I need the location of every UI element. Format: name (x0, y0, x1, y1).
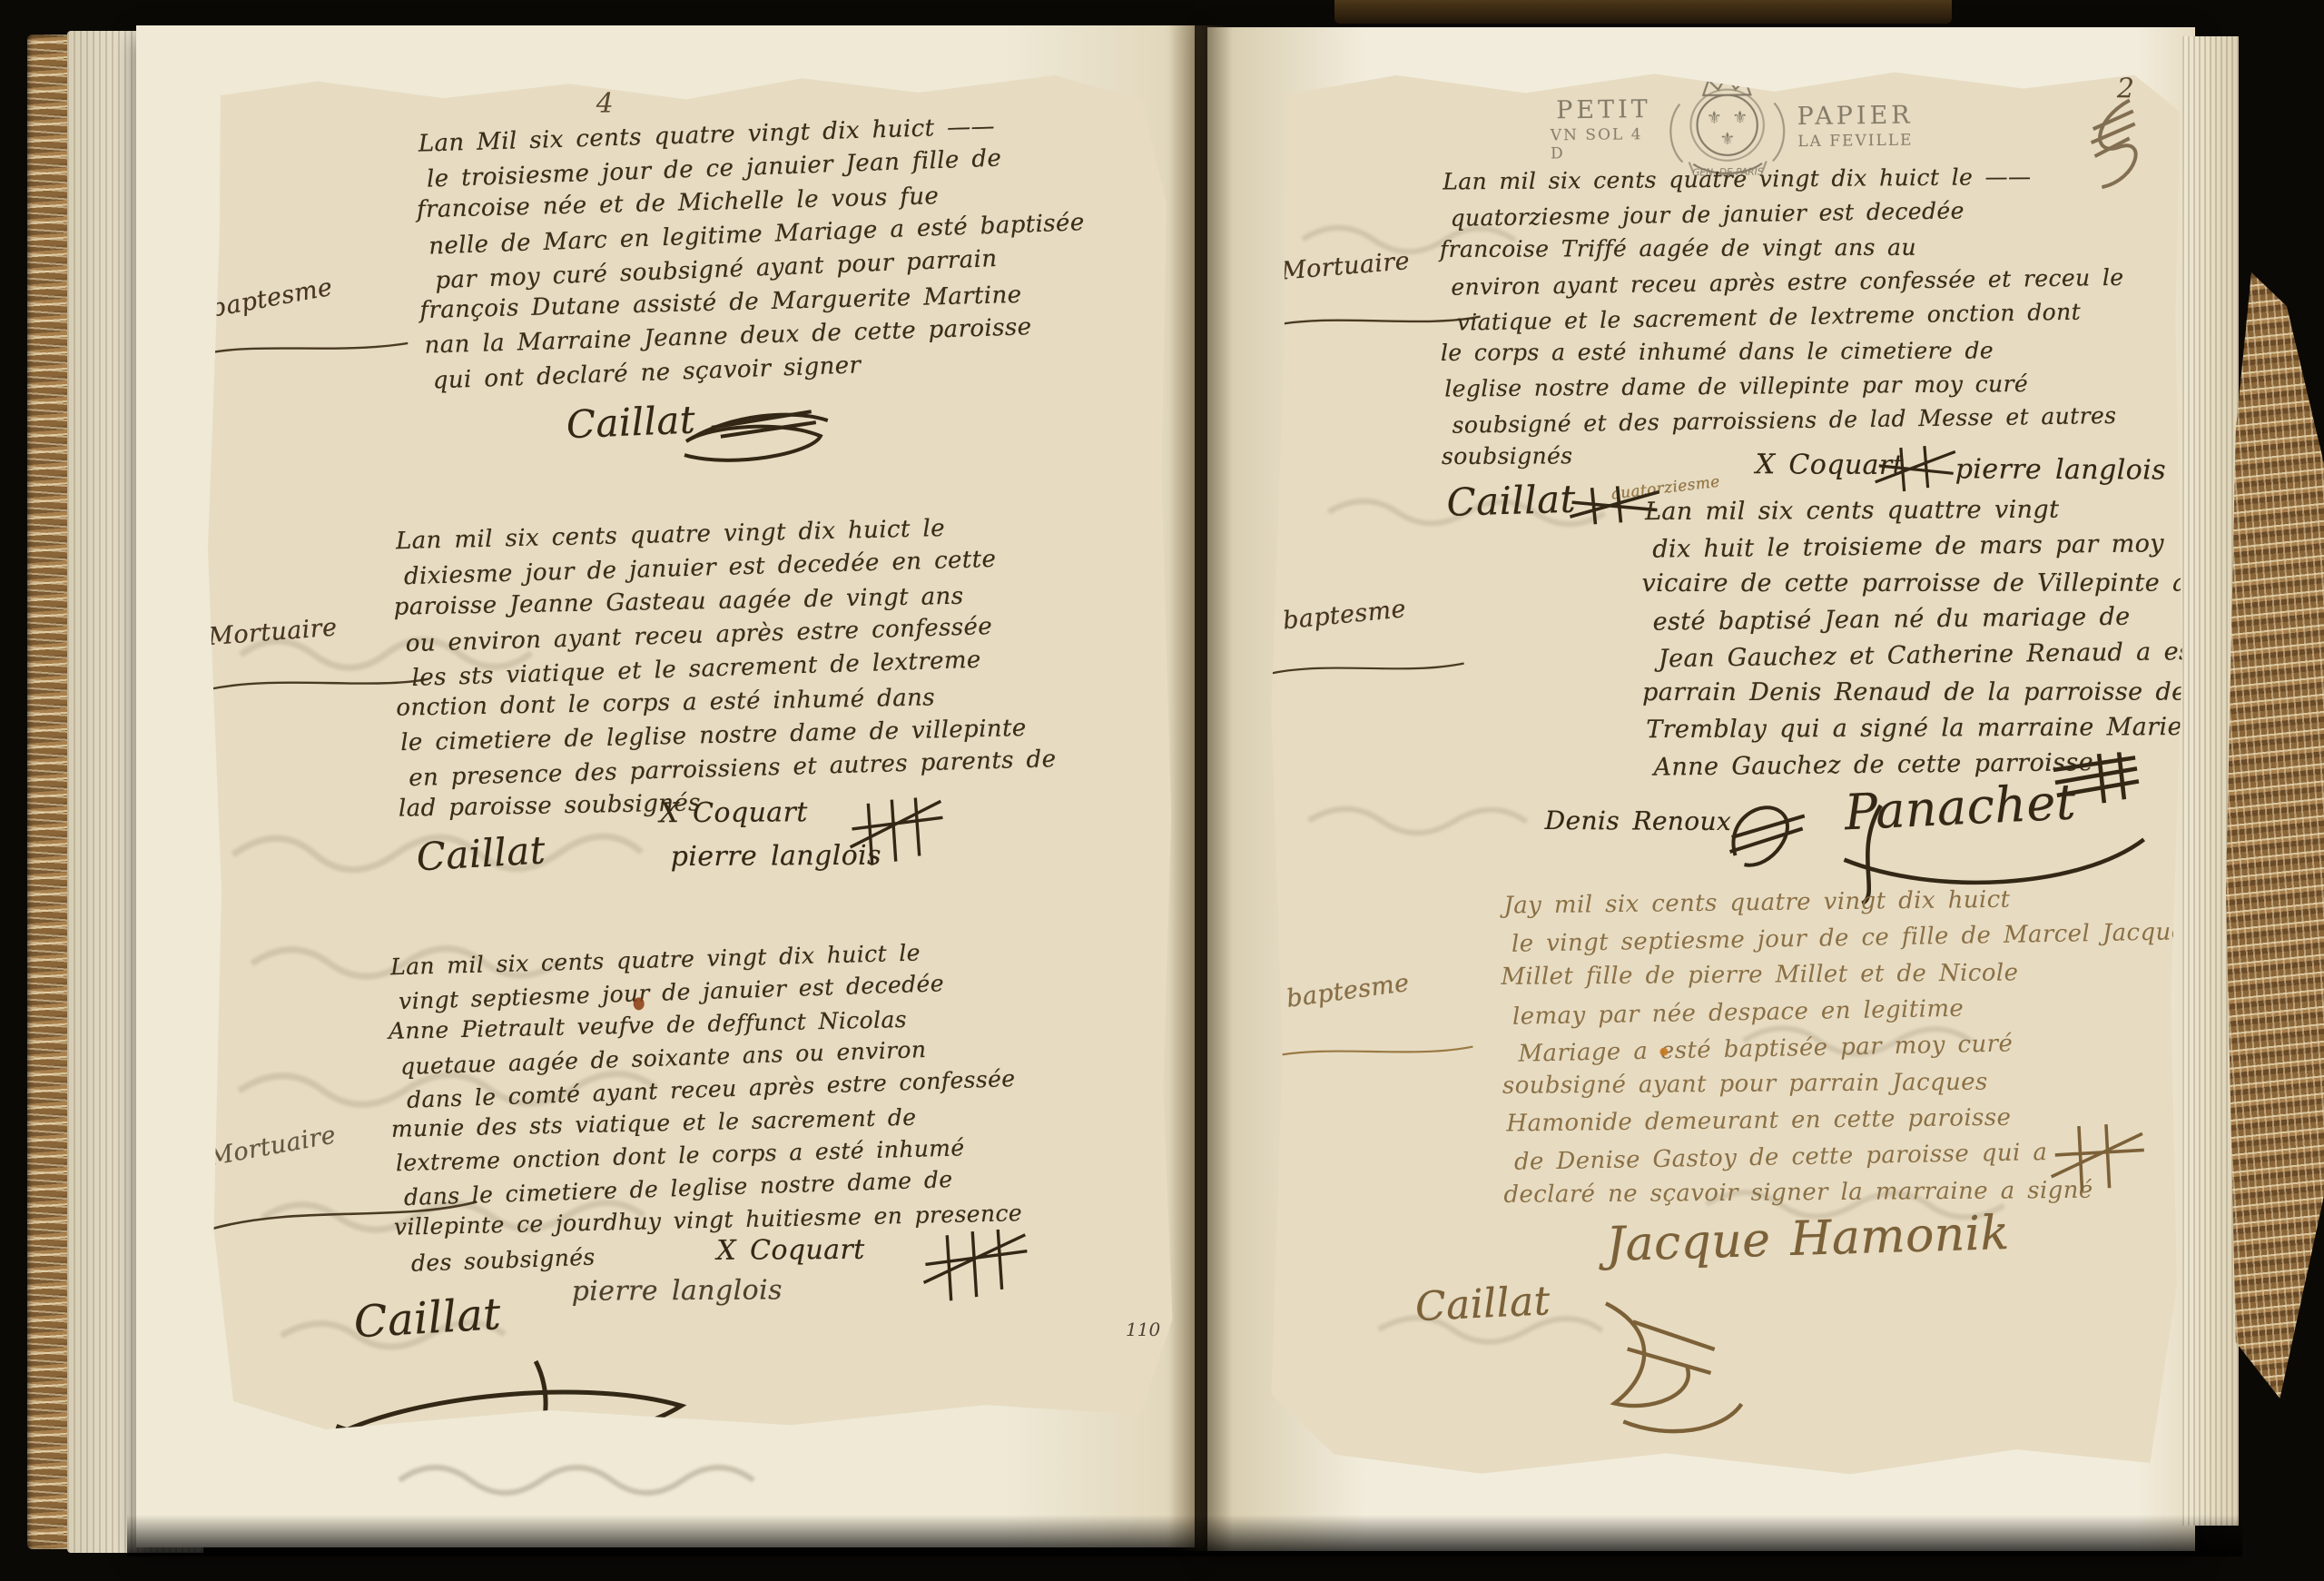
signature-langlois: pierre langlois (671, 840, 881, 873)
signature-langlois: pierre langlois (1955, 453, 2166, 486)
entry-text: Lan Mil six cents quatre vingt dix huict… (418, 108, 1081, 397)
svg-text:⚜: ⚜ (1707, 107, 1722, 127)
entry-text: Lan mil six cents quatre vingt dix huict… (1443, 159, 2118, 475)
signature-caillat: Caillat (415, 827, 547, 879)
signature-renoux: Denis Renoux (1545, 805, 1732, 836)
folio-number-left: 4 (596, 88, 614, 120)
entry-text: Lan mil six cents quatre vingt dix huict… (390, 934, 1028, 1279)
caillat-paraph-flourish (1551, 1294, 1787, 1449)
ink-stain (1659, 1048, 1668, 1056)
signature-caillat: Caillat (1414, 1278, 1551, 1330)
stamp-text-lafeuille: LA FEVILLE (1797, 131, 1913, 151)
signature-coquart: X Coquart (659, 796, 808, 829)
signature-coquart: X Coquart (1756, 449, 1905, 481)
marbled-cover-edge-left (27, 35, 71, 1549)
stamp-text-papier: PAPIER (1797, 101, 1913, 131)
signature-caillat: Caillat (566, 397, 696, 447)
margin-note-mortuaire: Mortuaire (1280, 247, 1411, 286)
signature-hamonik: Jacque Hamonik (1606, 1206, 2011, 1272)
signature-coquart: X Coquart (716, 1234, 865, 1267)
svg-text:⚜: ⚜ (1719, 129, 1735, 149)
margin-note-baptesme: baptesme (1282, 595, 1408, 635)
paraph-icon (1717, 792, 1817, 874)
stamp-text-petit: PETIT (1556, 95, 1651, 124)
caillat-paraph-flourish (675, 404, 839, 469)
svg-text:⚜: ⚜ (1732, 107, 1748, 127)
entry-text: Jay mil six cents quatre vingt dix huict… (1503, 879, 2215, 1215)
signature-panachet: Panachet (1843, 773, 2077, 841)
margin-note-mortuaire: Mortuaire (207, 613, 338, 651)
folio-number-right: 2 (2117, 73, 2134, 104)
margin-underline-flourish (1267, 1038, 1476, 1062)
margin-note-baptesme: baptesme (208, 273, 334, 323)
right-manuscript-sheet: PETIT VN SOL 4 D ⚜ ⚜ ⚜ GEN. DE PARIS (1260, 57, 2190, 1484)
margin-underline-flourish (1268, 657, 1468, 679)
margin-note-baptesme: baptesme (1285, 969, 1411, 1013)
binding-top-edge (1334, 0, 1952, 24)
entry-text: Lan mil six cents quattre vingtdix huit … (1536, 491, 2205, 786)
marbled-cover-edge-right (2226, 272, 2324, 1398)
ink-stain (634, 997, 645, 1010)
stamp-text-unsol: VN SOL 4 D (1551, 125, 1658, 163)
margin-note-mortuaire: Mortuaire (206, 1121, 339, 1171)
archival-number: 110 (1126, 1319, 1160, 1340)
margin-underline-flourish (202, 338, 411, 359)
book-gutter (1169, 25, 1233, 1551)
signature-caillat: Caillat (352, 1289, 502, 1348)
left-manuscript-sheet: 4 baptesme Lan Mil six cents quatre ving… (201, 68, 1178, 1434)
book-bottom-shadow (127, 1515, 2242, 1556)
entry-text: Lan mil six cents quatre vingt dix huict… (396, 509, 1050, 827)
signature-langlois: pierre langlois (572, 1274, 783, 1307)
photograph-of-open-register: 4 baptesme Lan Mil six cents quatre ving… (0, 0, 2324, 1581)
